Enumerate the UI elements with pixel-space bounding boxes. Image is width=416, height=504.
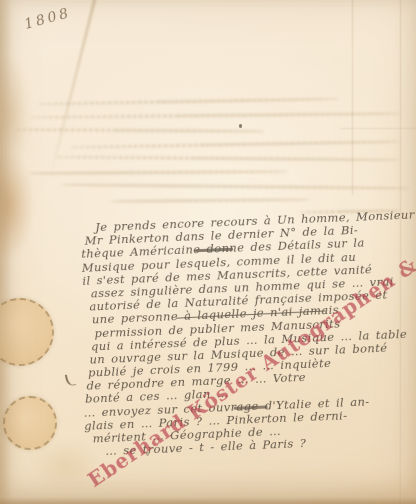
seal-circle-large	[0, 298, 54, 366]
bleedthrough-line	[110, 198, 310, 203]
paper-bottom-edge	[0, 497, 416, 504]
bleedthrough-line	[16, 128, 266, 133]
bleedthrough-line	[38, 97, 338, 105]
paper-stain	[0, 55, 30, 175]
fold-line-vertical	[352, 0, 354, 195]
bleedthrough-line	[55, 155, 400, 161]
bleedthrough-line	[30, 112, 400, 119]
letter-photo: 1808 Je prends encore recours à Un homme…	[0, 0, 416, 504]
bleedthrough-line	[28, 170, 288, 175]
margin-correction-mark	[65, 373, 76, 387]
bleedthrough-line	[60, 183, 410, 190]
fold-line-horizontal	[340, 128, 416, 130]
date-annotation: 1808	[23, 5, 73, 33]
paper-crease	[50, 0, 98, 175]
seal-circle-small	[3, 396, 57, 450]
bleedthrough-line	[70, 140, 400, 149]
ink-speck	[239, 124, 242, 128]
handwriting-block: Je prends encore recours à Un homme, Mon…	[76, 208, 416, 459]
